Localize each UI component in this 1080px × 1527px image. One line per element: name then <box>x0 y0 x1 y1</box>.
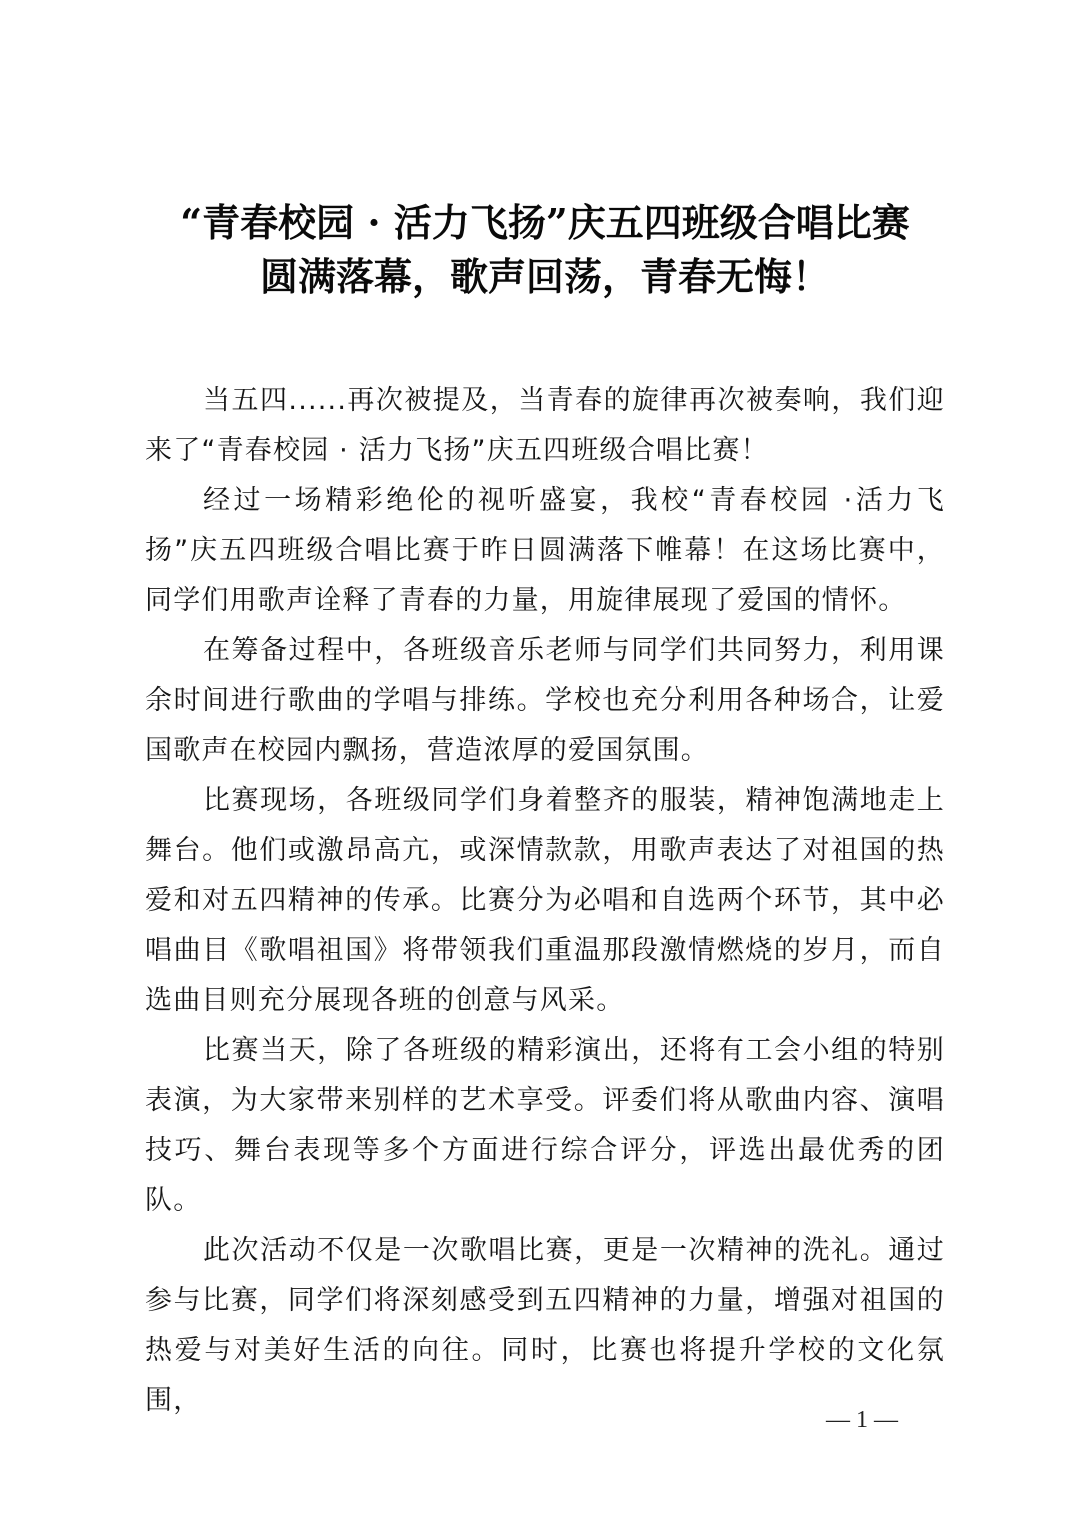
document-title: “青春校园 · 活力飞扬”庆五四班级合唱比赛 圆满落幕，歌声回荡，青春无悔！ <box>140 196 950 304</box>
title-line-2: 圆满落幕，歌声回荡，青春无悔！ <box>140 250 950 304</box>
page-number: — 1 — <box>812 1404 912 1436</box>
paragraph-competition-day: 比赛当天，除了各班级的精彩演出，还将有工会小组的特别表演，为大家带来别样的艺术享… <box>145 1026 945 1226</box>
document-body: 当五四......再次被提及，当青春的旋律再次被奏响，我们迎来了“青春校园 · … <box>145 376 945 1426</box>
paragraph-competition-scene: 比赛现场，各班级同学们身着整齐的服装，精神饱满地走上舞台。他们或激昂高亢，或深情… <box>145 776 945 1026</box>
paragraph-conclusion-announcement: 经过一场精彩绝伦的视听盛宴，我校“青春校园 ·活力飞扬”庆五四班级合唱比赛于昨日… <box>145 476 945 626</box>
paragraph-preparation: 在筹备过程中，各班级音乐老师与同学们共同努力，利用课余时间进行歌曲的学唱与排练。… <box>145 626 945 776</box>
paragraph-intro: 当五四......再次被提及，当青春的旋律再次被奏响，我们迎来了“青春校园 · … <box>145 376 945 476</box>
paragraph-significance: 此次活动不仅是一次歌唱比赛，更是一次精神的洗礼。通过参与比赛，同学们将深刻感受到… <box>145 1226 945 1426</box>
document-page: “青春校园 · 活力飞扬”庆五四班级合唱比赛 圆满落幕，歌声回荡，青春无悔！ 当… <box>0 0 1080 1527</box>
title-line-1: “青春校园 · 活力飞扬”庆五四班级合唱比赛 <box>140 196 950 250</box>
